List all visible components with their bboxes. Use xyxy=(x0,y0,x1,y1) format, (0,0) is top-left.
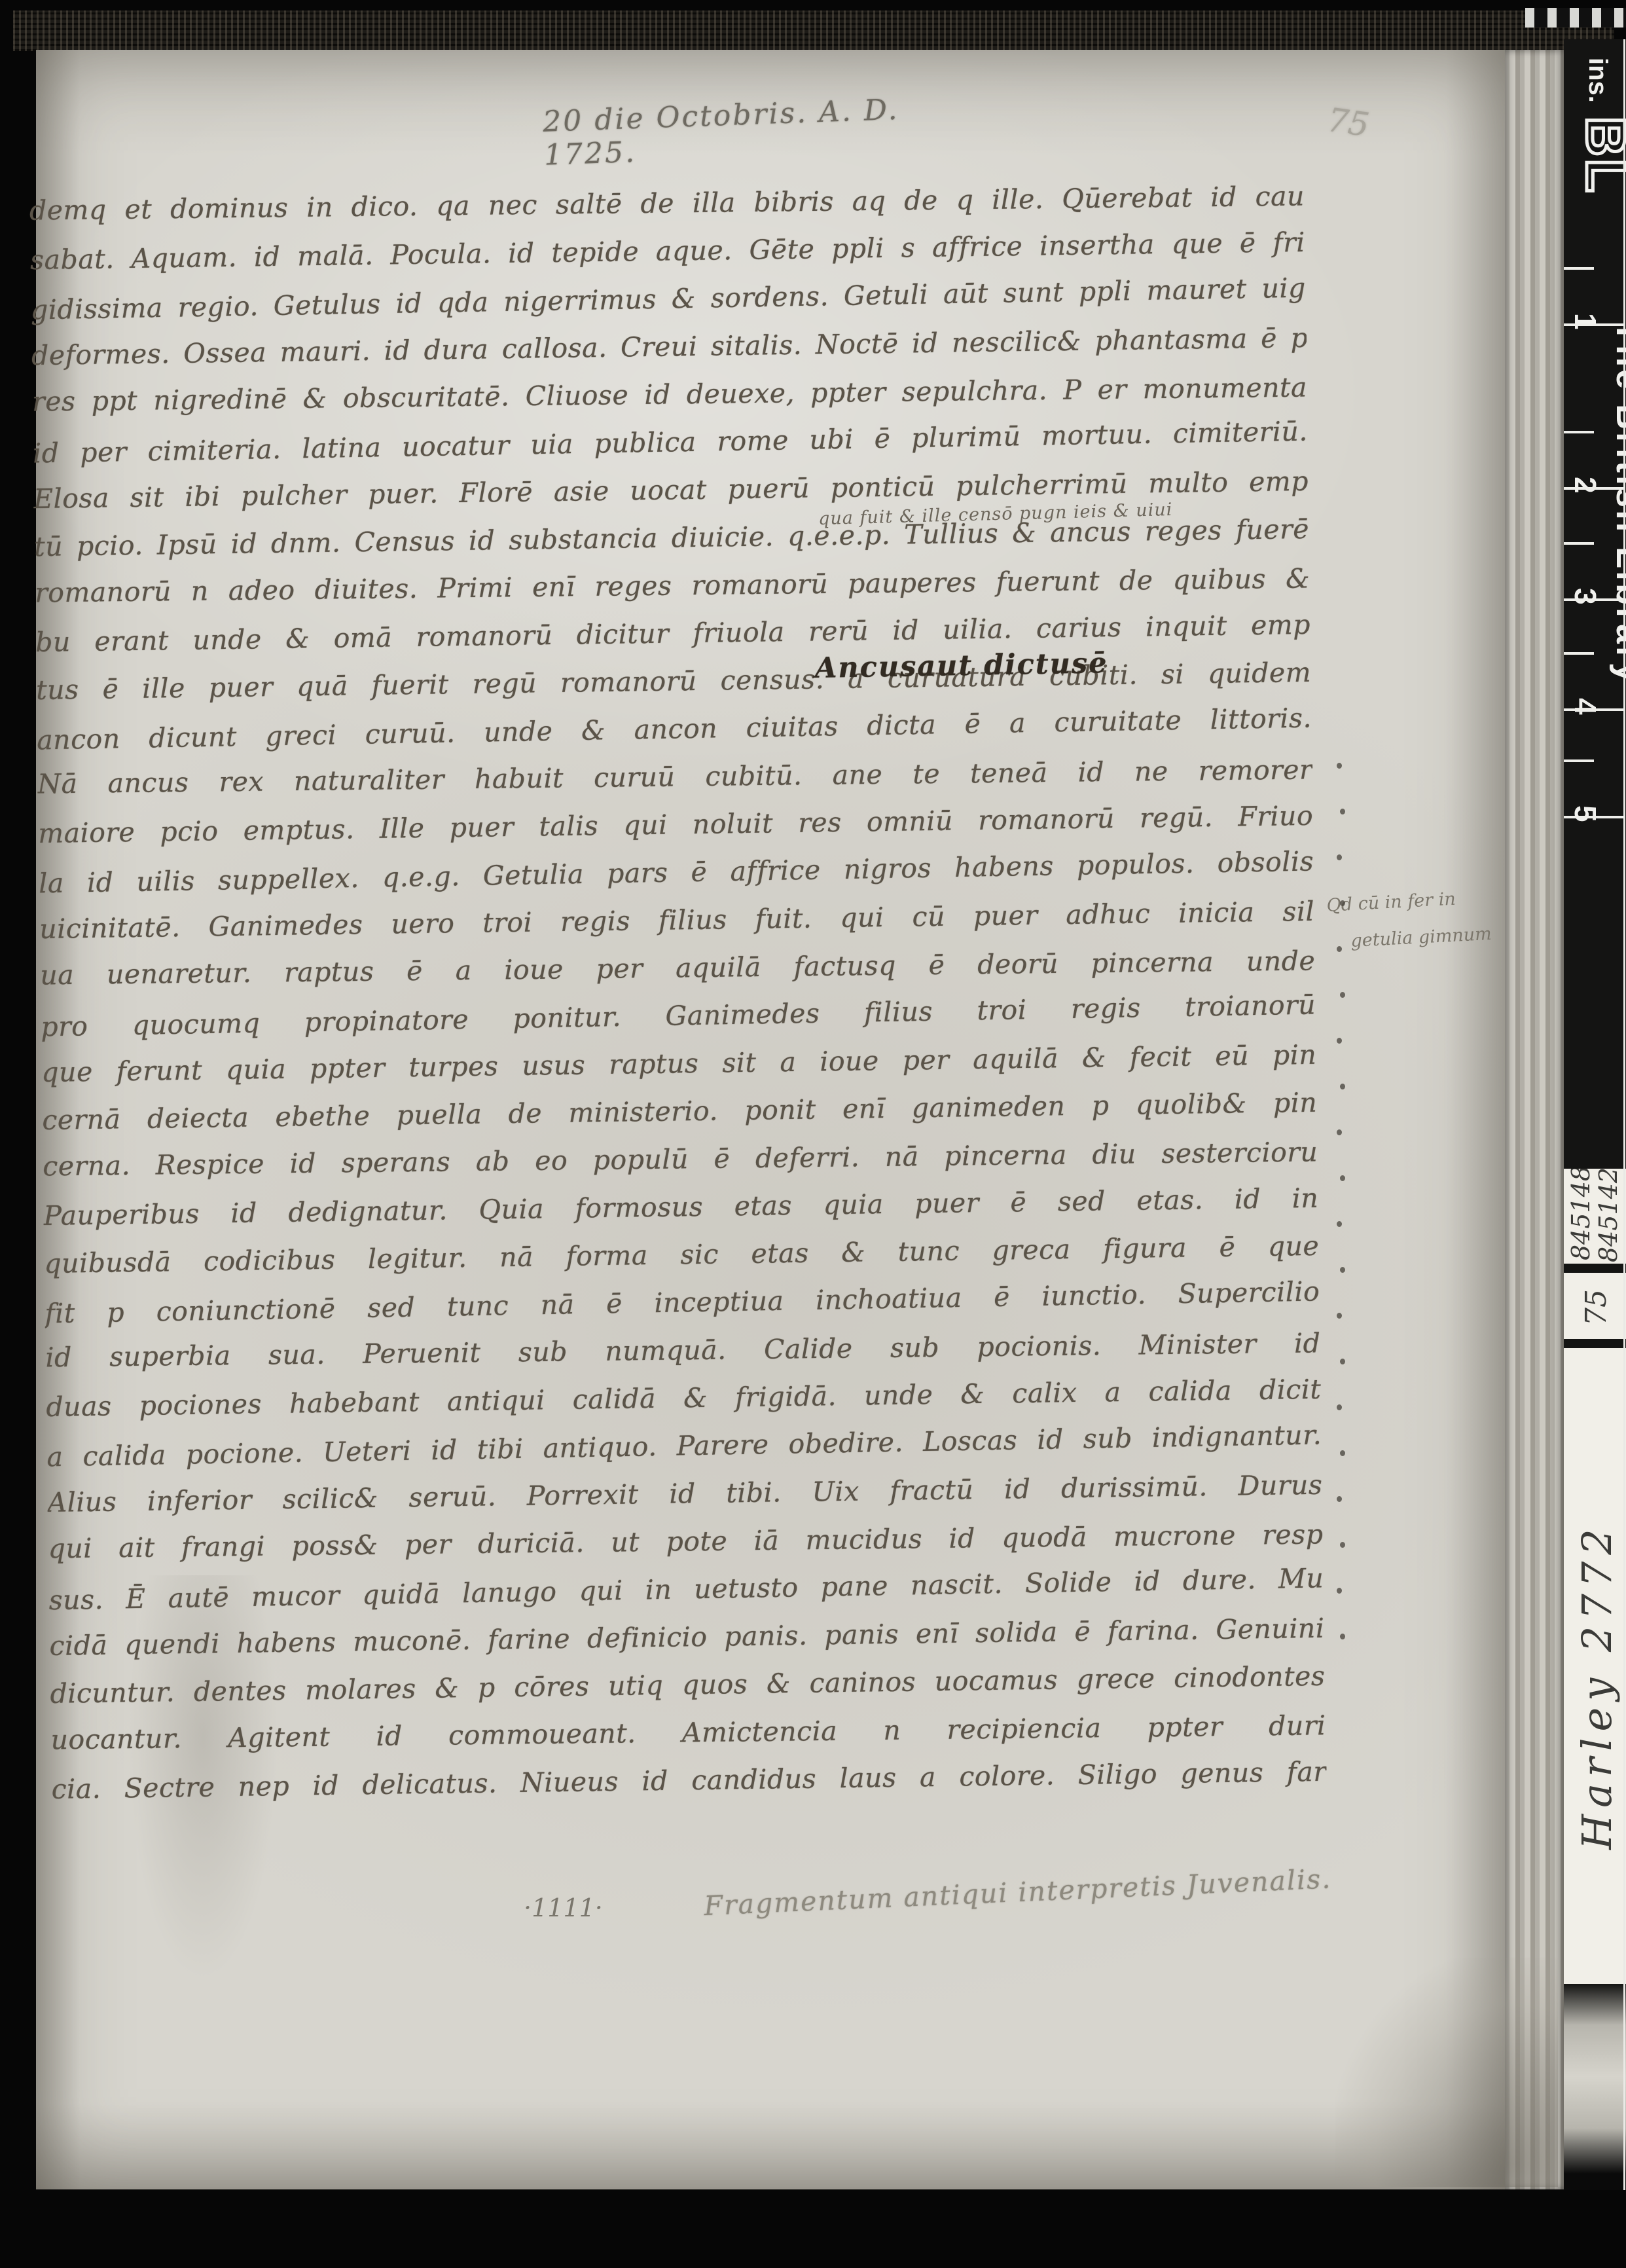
binding-fabric xyxy=(13,10,1614,51)
marginal-note: Qd cū in fer in getulia gimnum xyxy=(1326,877,1525,961)
quire-mark: ·1111· xyxy=(524,1893,603,1922)
page-heading: 20 die Octobris. A. D. 1725. xyxy=(542,91,950,172)
shelfmark-pressmark: Harley 2772 xyxy=(1573,1522,1621,1850)
ruler-inch-number: 5 xyxy=(1568,805,1603,822)
ruler-inch-number: 4 xyxy=(1568,698,1603,715)
ruler-inch-number: 1 xyxy=(1568,313,1603,330)
manuscript-text: demq et dominus in dico. qa nec saltē de… xyxy=(29,179,1327,1821)
ruler-inch-number: 3 xyxy=(1568,588,1603,605)
folio-number: 75 xyxy=(1325,101,1371,144)
ruler-inch-number: 2 xyxy=(1568,477,1603,494)
page-corner-curl xyxy=(1335,1958,1558,2187)
shelfmark-folio: 75 xyxy=(1580,1289,1613,1326)
bl-logo: BL xyxy=(1574,117,1626,195)
negative-number-1: 845148 xyxy=(1566,1169,1595,1260)
page-edge-stack xyxy=(1505,50,1564,2189)
interlinear-gloss-ancus: Ancusaut dictusē xyxy=(815,647,1108,685)
shelfmark-column: 845148 8451427 75 Harley 2772 xyxy=(1564,1169,1626,2190)
ruler-unit-label: ins. xyxy=(1583,58,1612,103)
page-edge-below-panels xyxy=(1564,1984,1626,2190)
negative-number-2: 8451427 xyxy=(1594,1169,1623,1262)
film-edge-marks xyxy=(1525,8,1626,27)
measuring-ruler: ins. BL The British Library 12345 xyxy=(1564,39,1626,1169)
ruler-library-name: The British Library xyxy=(1608,321,1626,685)
photo-frame: 20 die Octobris. A. D. 1725. 75 demq et … xyxy=(0,0,1626,2268)
